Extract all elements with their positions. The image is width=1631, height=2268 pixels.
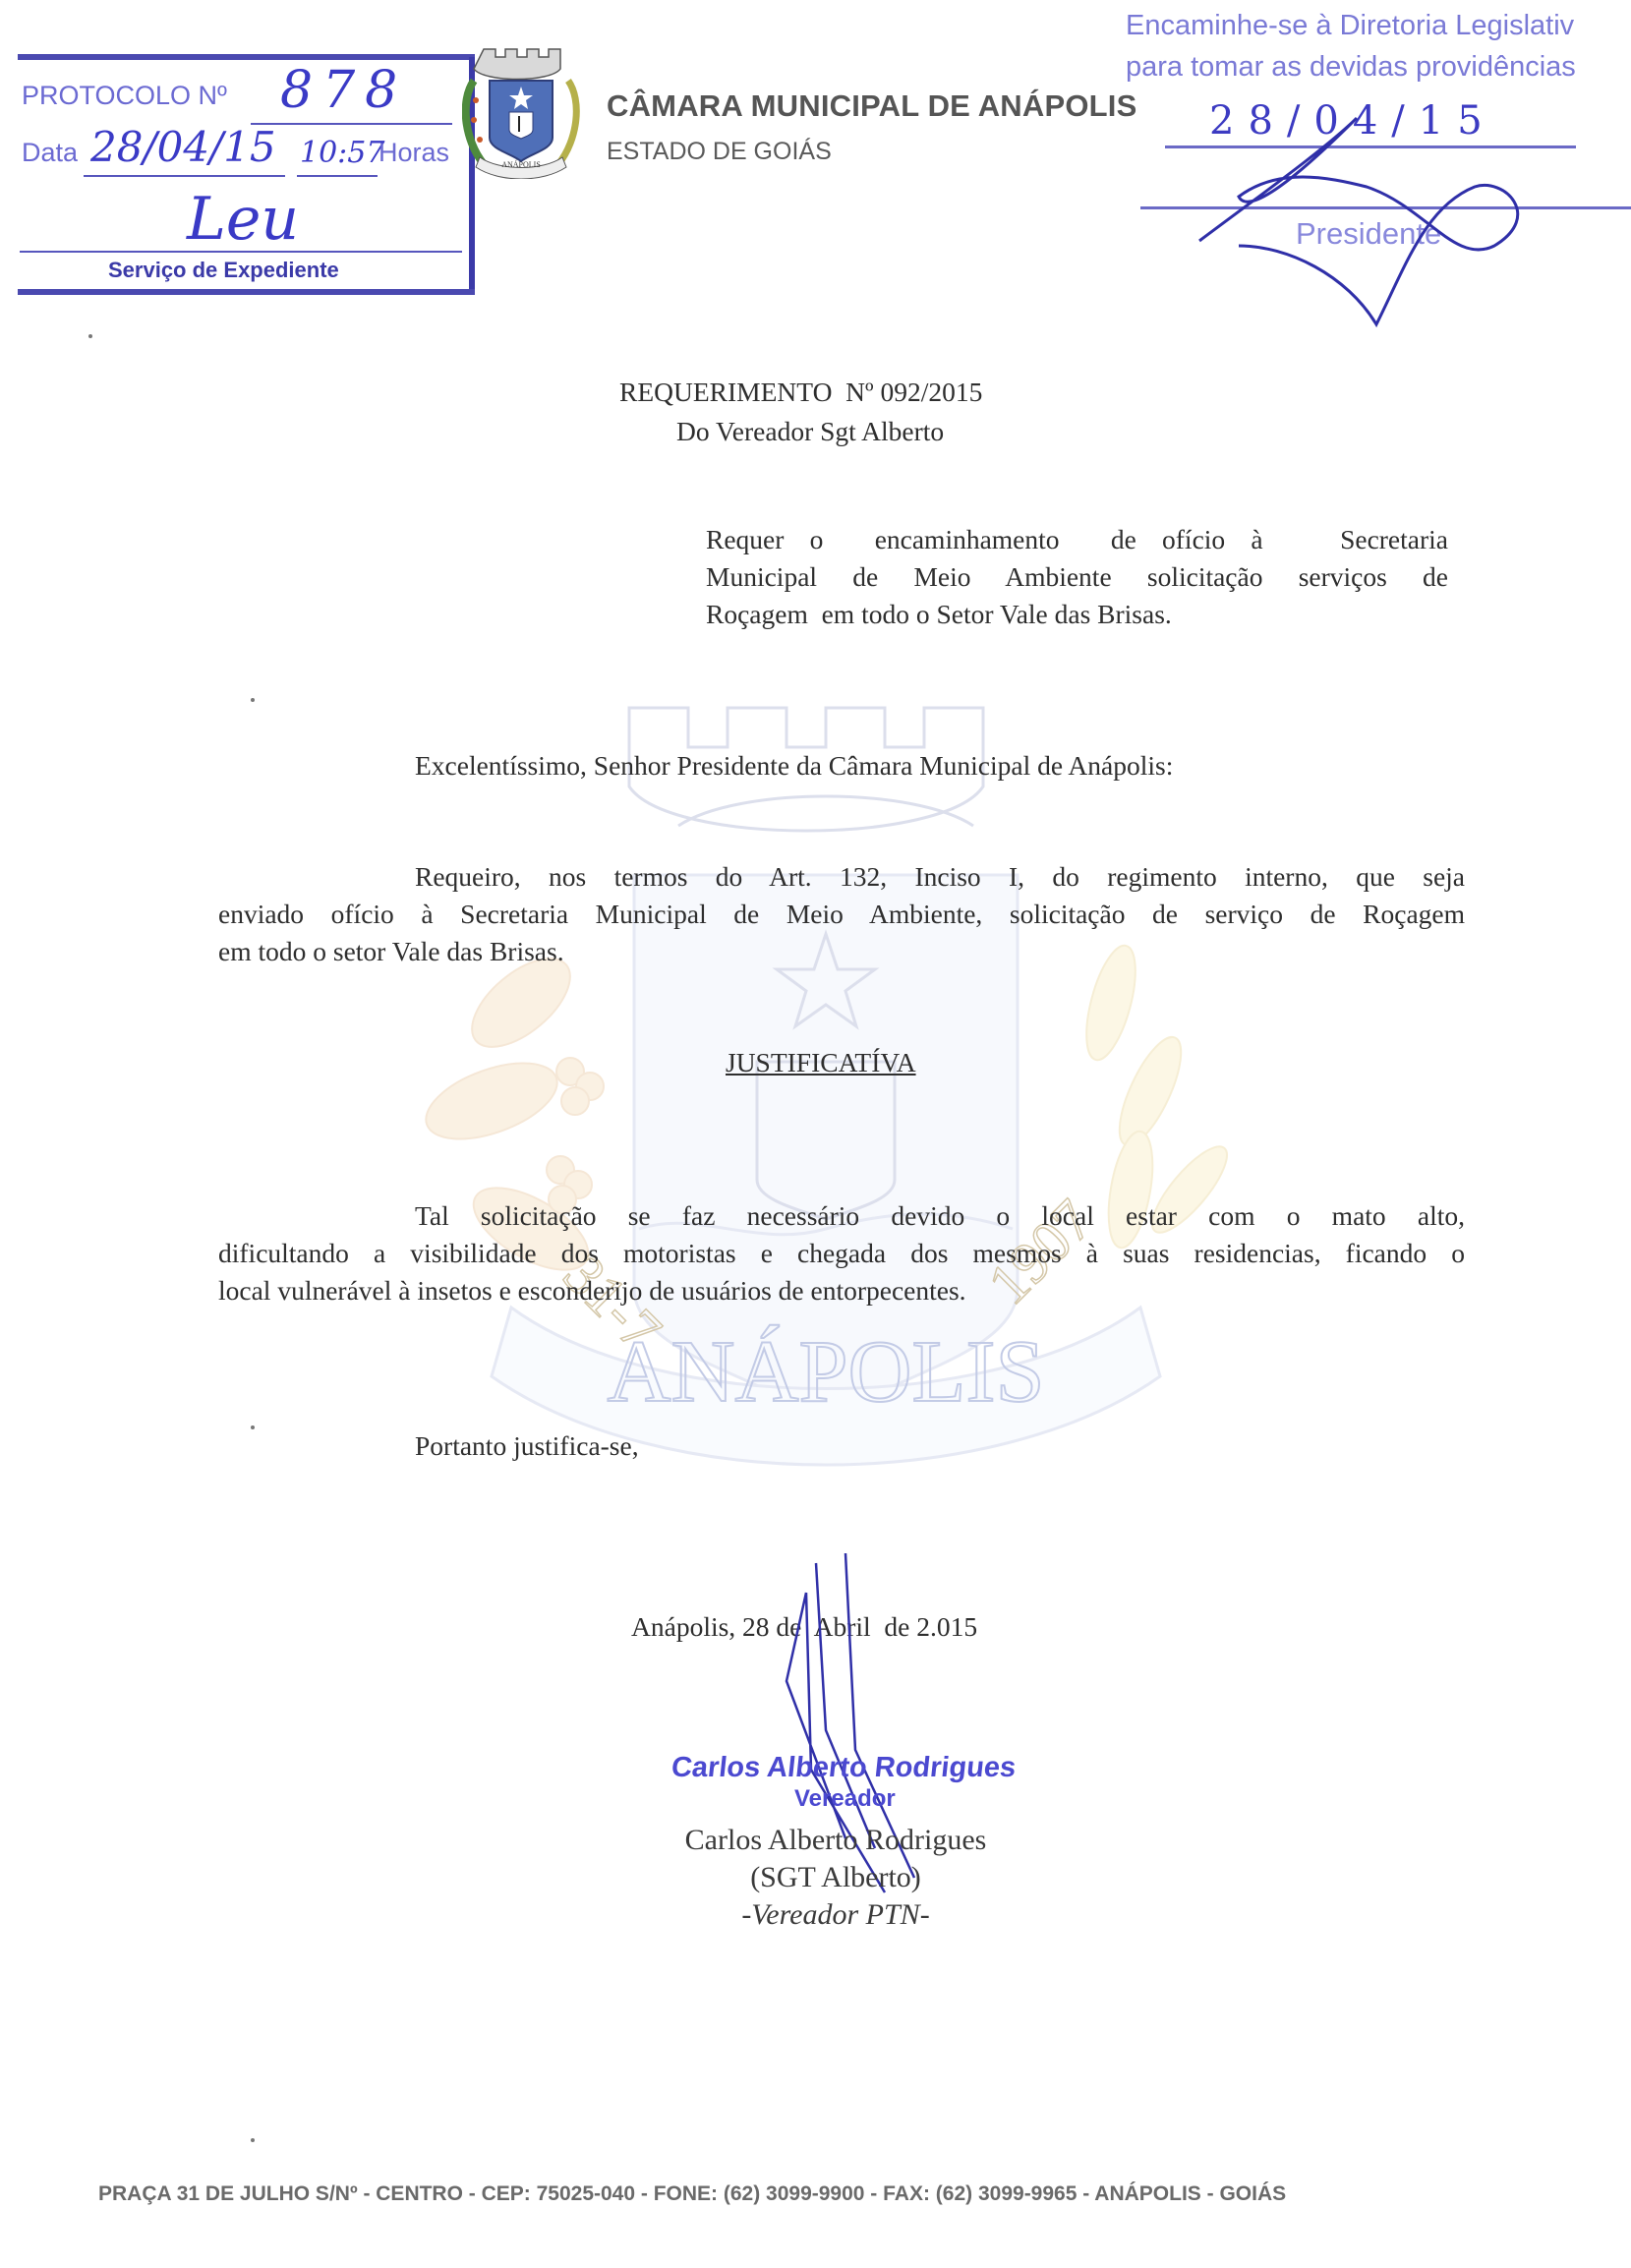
chamber-title: CÂMARA MUNICIPAL DE ANÁPOLIS xyxy=(607,88,1137,124)
justification-line: local vulnerável à insetos e esconderijo… xyxy=(218,1272,1465,1309)
time-value: 10:57 xyxy=(300,136,384,170)
president-signature xyxy=(1180,98,1573,334)
date-value: 28/04/15 xyxy=(90,123,276,171)
request-line: enviado ofício à Secretaria Municipal de… xyxy=(218,896,1465,933)
signatory-nickname: (SGT Alberto) xyxy=(629,1861,1042,1894)
svg-text:ANÁPOLIS: ANÁPOLIS xyxy=(607,1323,1044,1421)
svg-text:ANÁPOLIS: ANÁPOLIS xyxy=(501,159,541,169)
signature-stamp-role: Vereador xyxy=(794,1785,896,1813)
scan-speck xyxy=(251,698,255,702)
closing-line: Portanto justifica-se, xyxy=(415,1427,639,1465)
dispatch-line-1: Encaminhe-se à Diretoria Legislativ xyxy=(1126,10,1574,42)
protocol-number-underline xyxy=(251,123,452,125)
request-line: em todo o setor Vale das Brisas. xyxy=(218,933,1465,970)
document-title: REQUERIMENTO Nº 092/2015 xyxy=(619,374,982,411)
justification-line: Tal solicitação se faz necessário devido… xyxy=(218,1197,1465,1235)
signatory-name: Carlos Alberto Rodrigues xyxy=(629,1824,1042,1857)
document-author: Do Vereador Sgt Alberto xyxy=(676,413,944,450)
summary-line: Municipal de Meio Ambiente solicitação s… xyxy=(706,558,1448,596)
scan-speck xyxy=(251,1425,255,1429)
time-underline xyxy=(297,175,378,177)
stamp-border-top xyxy=(18,54,475,60)
scan-speck xyxy=(88,334,92,338)
justification-heading: JUSTIFICATÍVA xyxy=(726,1044,916,1081)
signature-line xyxy=(20,251,462,253)
protocol-label: PROTOCOLO Nº xyxy=(22,81,227,111)
protocol-number: 878 xyxy=(280,61,407,120)
date-underline xyxy=(84,175,285,177)
state-subtitle: ESTADO DE GOIÁS xyxy=(607,138,832,166)
summary-line: Requer o encaminhamento de ofício à Secr… xyxy=(706,521,1448,558)
signature-stamp-name: Carlos Alberto Rodrigues xyxy=(670,1752,1018,1784)
municipal-crest-logo: ANÁPOLIS xyxy=(462,41,580,179)
service-label: Serviço de Expediente xyxy=(108,258,339,283)
justification-line: dificultando a visibilidade dos motorist… xyxy=(218,1235,1465,1272)
stamp-signature: Leu xyxy=(187,185,299,254)
document-summary: Requer o encaminhamento de ofício à Secr… xyxy=(706,521,1448,633)
request-paragraph: Requeiro, nos termos do Art. 132, Inciso… xyxy=(218,858,1465,970)
request-line: Requeiro, nos termos do Art. 132, Inciso… xyxy=(218,858,1465,896)
summary-line: Roçagem em todo o Setor Vale das Brisas. xyxy=(706,596,1448,633)
date-label: Data xyxy=(22,138,78,168)
stamp-border-bottom xyxy=(18,289,475,295)
scan-speck xyxy=(251,2138,255,2142)
justification-paragraph: Tal solicitação se faz necessário devido… xyxy=(218,1197,1465,1309)
hours-label: Horas xyxy=(379,138,449,168)
footer-address: PRAÇA 31 DE JULHO S/Nº - CENTRO - CEP: 7… xyxy=(98,2182,1286,2206)
salutation: Excelentíssimo, Senhor Presidente da Câm… xyxy=(415,747,1173,785)
signatory-role: -Vereador PTN- xyxy=(629,1898,1042,1932)
dispatch-line-2: para tomar as devidas providências xyxy=(1126,51,1576,84)
